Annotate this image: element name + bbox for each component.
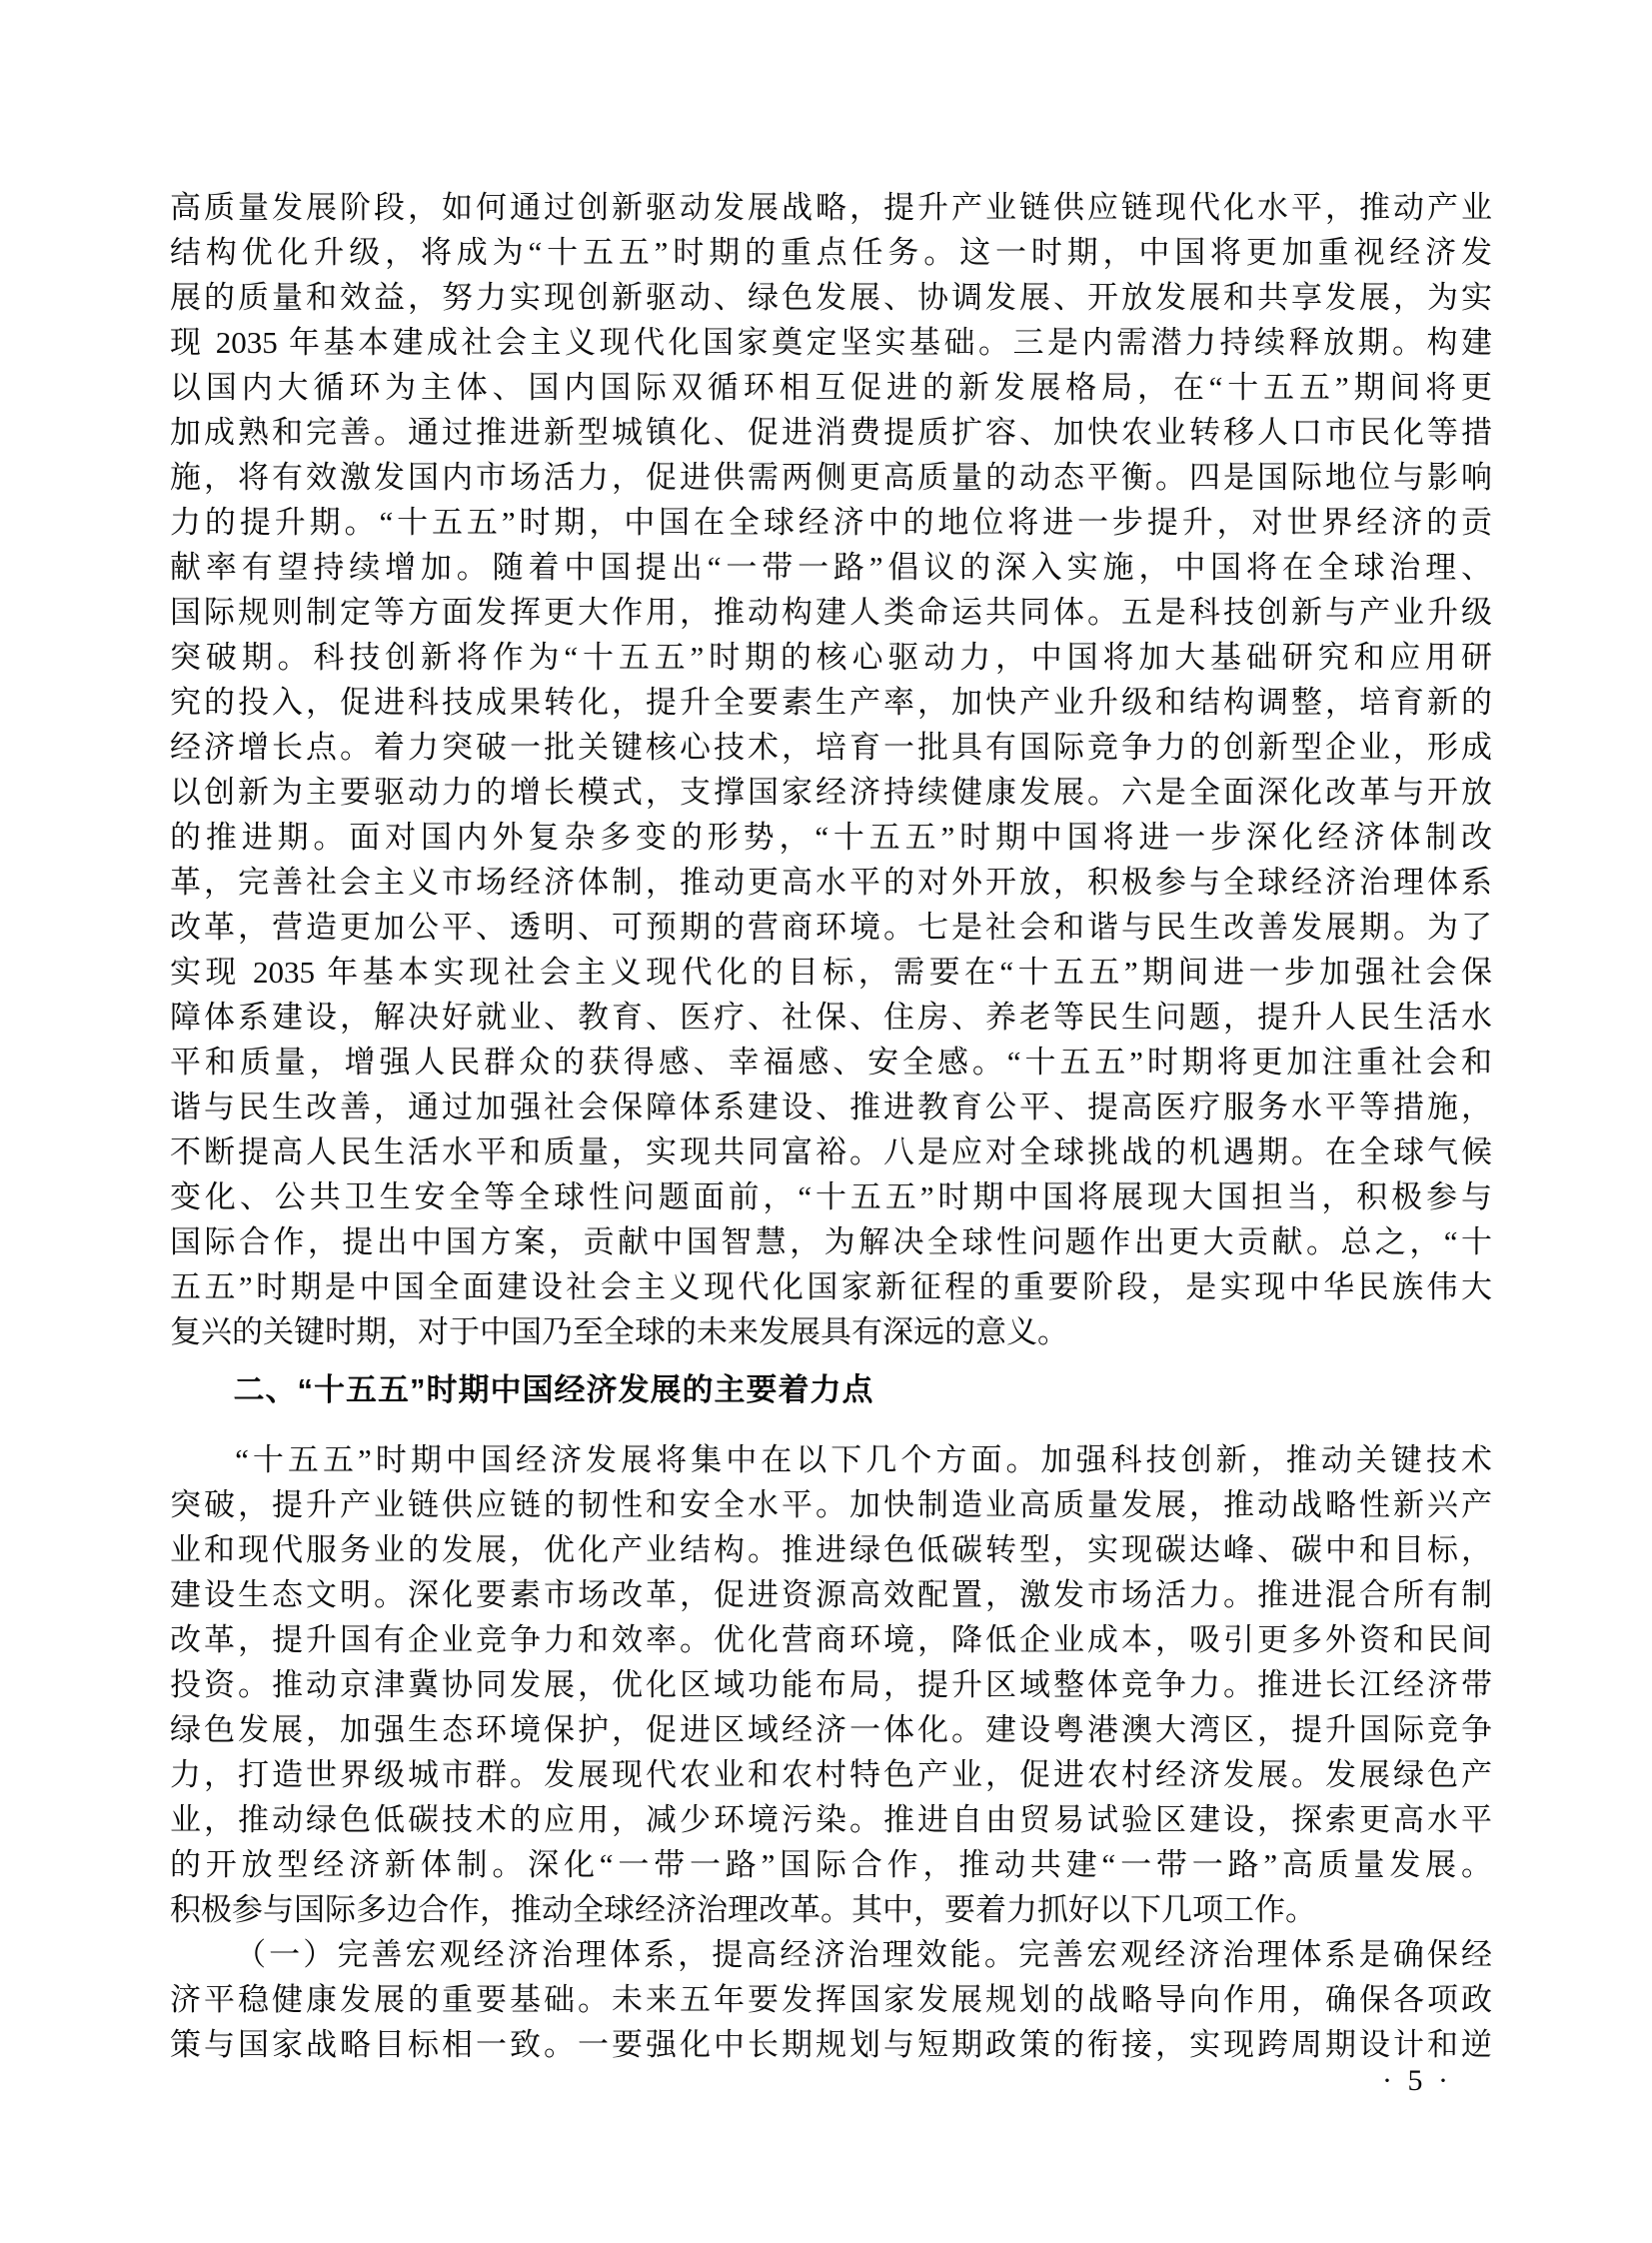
paragraph-main-points: “十五五”时期中国经济发展将集中在以下几个方面。加强科技创新，推动关键技术 突破… [170,1437,1492,1932]
text-line: 经济增长点。着力突破一批关键核心技术，培育一批具有国际竞争力的创新型企业，形成 [170,725,1492,770]
text-line: 投资。推动京津冀协同发展，优化区域功能布局，提升区域整体竞争力。推进长江经济带 [170,1662,1492,1707]
text-line: 力的提升期。“十五五”时期，中国在全球经济中的地位将进一步提升，对世界经济的贡 [170,500,1492,545]
text-line: 以国内大循环为主体、国内国际双循环相互促进的新发展格局，在“十五五”期间将更 [170,365,1492,410]
text-line: 济平稳健康发展的重要基础。未来五年要发挥国家发展规划的战略导向作用，确保各项政 [170,1977,1492,2022]
text-line: 业，推动绿色低碳技术的应用，减少环境污染。推进自由贸易试验区建设，探索更高水平 [170,1797,1492,1842]
text-line: 力，打造世界级城市群。发展现代农业和农村特色产业，促进农村经济发展。发展绿色产 [170,1752,1492,1797]
text-line: “十五五”时期中国经济发展将集中在以下几个方面。加强科技创新，推动关键技术 [170,1437,1492,1482]
text-line: 五五”时期是中国全面建设社会主义现代化国家新征程的重要阶段，是实现中华民族伟大 [170,1264,1492,1309]
text-line: 现 2035 年基本建成社会主义现代化国家奠定坚实基础。三是内需潜力持续释放期。… [170,320,1492,365]
text-line: 的推进期。面对国内外复杂多变的形势，“十五五”时期中国将进一步深化经济体制改 [170,815,1492,860]
text-line: 绿色发展，加强生态环境保护，促进区域经济一体化。建设粤港澳大湾区，提升国际竞争 [170,1707,1492,1752]
text-line: 加成熟和完善。通过推进新型城镇化、促进消费提质扩容、加快农业转移人口市民化等措 [170,410,1492,455]
document-page: 高质量发展阶段，如何通过创新驱动发展战略，提升产业链供应链现代化水平，推动产业 … [0,0,1652,2243]
text-line: 实现 2035 年基本实现社会主义现代化的目标，需要在“十五五”期间进一步加强社… [170,950,1492,995]
text-line: 结构优化升级，将成为“十五五”时期的重点任务。这一时期，中国将更加重视经济发 [170,230,1492,275]
text-line: 策与国家战略目标相一致。一要强化中长期规划与短期政策的衔接，实现跨周期设计和逆 [170,2022,1492,2067]
section-heading: 二、“十五五”时期中国经济发展的主要着力点 [170,1367,1492,1412]
paragraph-continuation: 高质量发展阶段，如何通过创新驱动发展战略，提升产业链供应链现代化水平，推动产业 … [170,185,1492,1354]
text-line: 高质量发展阶段，如何通过创新驱动发展战略，提升产业链供应链现代化水平，推动产业 [170,185,1492,230]
text-line: 改革，提升国有企业竞争力和效率。优化营商环境，降低企业成本，吸引更多外资和民间 [170,1617,1492,1662]
text-line: 国际规则制定等方面发挥更大作用，推动构建人类命运共同体。五是科技创新与产业升级 [170,590,1492,635]
text-line: 突破，提升产业链供应链的韧性和安全水平。加快制造业高质量发展，推动战略性新兴产 [170,1482,1492,1527]
text-line: 建设生态文明。深化要素市场改革，促进资源高效配置，激发市场活力。推进混合所有制 [170,1572,1492,1617]
text-line: 国际合作，提出中国方案，贡献中国智慧，为解决全球性问题作出更大贡献。总之，“十 [170,1219,1492,1264]
page-number: · 5 · [1382,2061,1452,2101]
text-line: 谐与民生改善，通过加强社会保障体系建设、推进教育公平、提高医疗服务水平等措施， [170,1085,1492,1129]
text-line: 以创新为主要驱动力的增长模式，支撑国家经济持续健康发展。六是全面深化改革与开放 [170,770,1492,815]
text-line: 平和质量，增强人民群众的获得感、幸福感、安全感。“十五五”时期将更加注重社会和 [170,1040,1492,1085]
text-line: 改革，营造更加公平、透明、可预期的营商环境。七是社会和谐与民生改善发展期。为了 [170,905,1492,950]
text-line: 献率有望持续增加。随着中国提出“一带一路”倡议的深入实施，中国将在全球治理、 [170,545,1492,590]
text-line: 变化、公共卫生安全等全球性问题面前，“十五五”时期中国将展现大国担当，积极参与 [170,1174,1492,1219]
text-line: 复兴的关键时期，对于中国乃至全球的未来发展具有深远的意义。 [170,1309,1492,1354]
body-text: 高质量发展阶段，如何通过创新驱动发展战略，提升产业链供应链现代化水平，推动产业 … [170,185,1492,2067]
text-line: （一）完善宏观经济治理体系，提高经济治理效能。完善宏观经济治理体系是确保经 [170,1932,1492,1977]
text-line: 不断提高人民生活水平和质量，实现共同富裕。八是应对全球挑战的机遇期。在全球气候 [170,1129,1492,1174]
text-line: 业和现代服务业的发展，优化产业结构。推进绿色低碳转型，实现碳达峰、碳中和目标， [170,1527,1492,1572]
text-line: 施，将有效激发国内市场活力，促进供需两侧更高质量的动态平衡。四是国际地位与影响 [170,455,1492,500]
text-line: 障体系建设，解决好就业、教育、医疗、社保、住房、养老等民生问题，提升人民生活水 [170,995,1492,1040]
text-line: 积极参与国际多边合作，推动全球经济治理改革。其中，要着力抓好以下几项工作。 [170,1887,1492,1932]
text-line: 的开放型经济新体制。深化“一带一路”国际合作，推动共建“一带一路”高质量发展。 [170,1842,1492,1887]
text-line: 究的投入，促进科技成果转化，提升全要素生产率，加快产业升级和结构调整，培育新的 [170,680,1492,725]
text-line: 突破期。科技创新将作为“十五五”时期的核心驱动力，中国将加大基础研究和应用研 [170,635,1492,680]
paragraph-item-one: （一）完善宏观经济治理体系，提高经济治理效能。完善宏观经济治理体系是确保经 济平… [170,1932,1492,2067]
text-line: 革，完善社会主义市场经济体制，推动更高水平的对外开放，积极参与全球经济治理体系 [170,860,1492,905]
text-line: 展的质量和效益，努力实现创新驱动、绿色发展、协调发展、开放发展和共享发展，为实 [170,275,1492,320]
